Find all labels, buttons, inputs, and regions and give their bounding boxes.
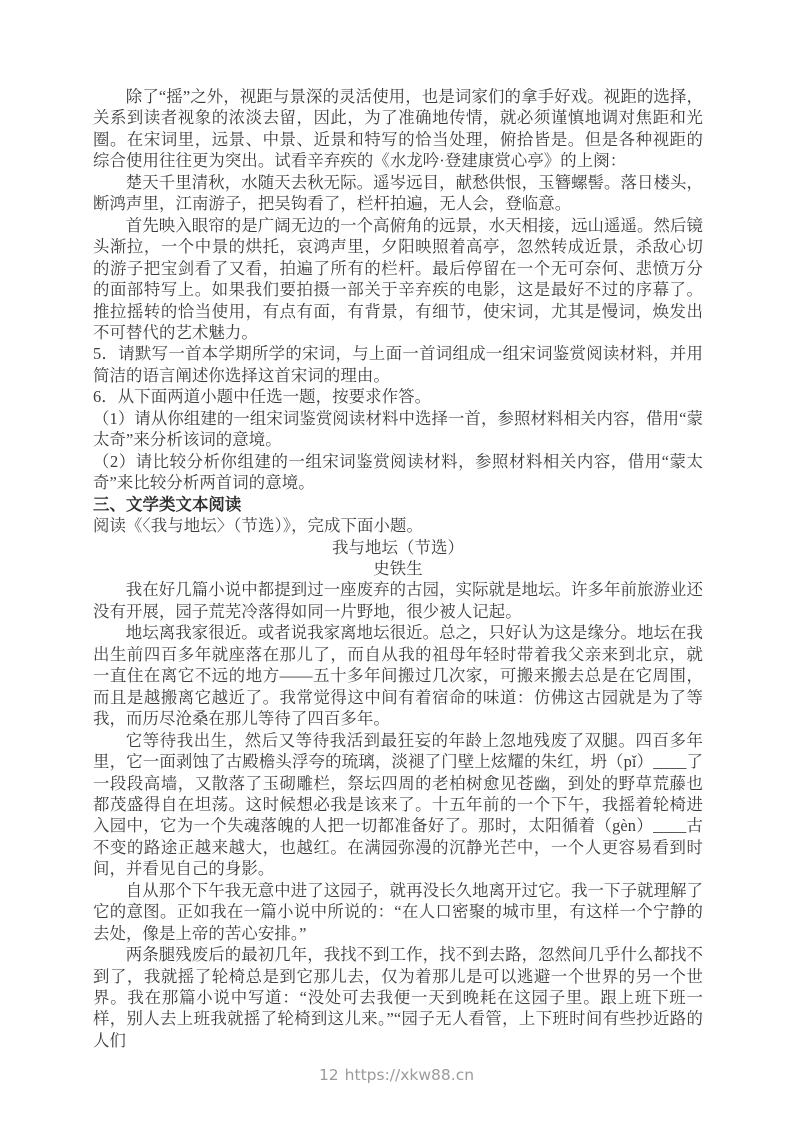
reading-instruction: 阅读《〈我与地坛〉（节选）》，完成下面小题。 bbox=[93, 515, 703, 536]
material-analysis-paragraph: 首先映入眼帘的是广阔无边的一个高俯角的远景，水天相接，远山遥遥。然后镜头渐拉，一… bbox=[93, 215, 703, 344]
essay-author: 史铁生 bbox=[93, 558, 703, 579]
essay-paragraph-2: 地坛离我家很近。或者说我家离地坛很近。总之，只好认为这是缘分。地坛在我出生前四百… bbox=[93, 622, 703, 729]
question-6-sub-2: （2）请比较分析你组建的一组宋词鉴赏阅读材料，参照材料相关内容，借用“蒙太奇”来… bbox=[93, 451, 703, 494]
page-number: 12 bbox=[316, 1066, 342, 1084]
essay-paragraph-3: 它等待我出生，然后又等待我活到最狂妄的年龄上忽地残废了双腿。四百多年里，它一面剥… bbox=[93, 730, 703, 880]
page-footer: 12https://xkw88.cn bbox=[0, 1066, 793, 1084]
essay-paragraph-1: 我在好几篇小说中都提到过一座废弃的古园，实际就是地坛。许多年前旅游业还没有开展，… bbox=[93, 579, 703, 622]
watermark-url: https://xkw88.cn bbox=[342, 1066, 477, 1084]
material-paragraph-montage: 除了“摇”之外，视距与景深的灵活使用，也是词家们的拿手好戏。视距的选择，关系到读… bbox=[93, 86, 703, 172]
section-3-heading: 三、文学类文本阅读 bbox=[93, 494, 703, 515]
question-6: 6．从下面两道小题中任选一题，按要求作答。 bbox=[93, 386, 703, 407]
ci-poem-excerpt: 楚天千里清秋，水随天去秋无际。遥岑远目，献愁供恨，玉簪螺髻。落日楼头，断鸿声里，… bbox=[93, 172, 703, 215]
question-6-sub-1: （1）请从你组建的一组宋词鉴赏阅读材料中选择一首，参照材料相关内容，借用“蒙太奇… bbox=[93, 408, 703, 451]
essay-paragraph-4: 自从那个下午我无意中进了这园子，就再没长久地离开过它。我一下子就理解了它的意图。… bbox=[93, 880, 703, 944]
essay-paragraph-5: 两条腿残废后的最初几年，我找不到工作，找不到去路，忽然间几乎什么都找不到了，我就… bbox=[93, 944, 703, 1051]
question-5: 5．请默写一首本学期所学的宋词，与上面一首词组成一组宋词鉴赏阅读材料，并用简洁的… bbox=[93, 343, 703, 386]
document-page: 除了“摇”之外，视距与景深的灵活使用，也是词家们的拿手好戏。视距的选择，关系到读… bbox=[0, 0, 793, 1122]
document-content: 除了“摇”之外，视距与景深的灵活使用，也是词家们的拿手好戏。视距的选择，关系到读… bbox=[93, 86, 703, 1051]
essay-title: 我与地坛（节选） bbox=[93, 537, 703, 558]
